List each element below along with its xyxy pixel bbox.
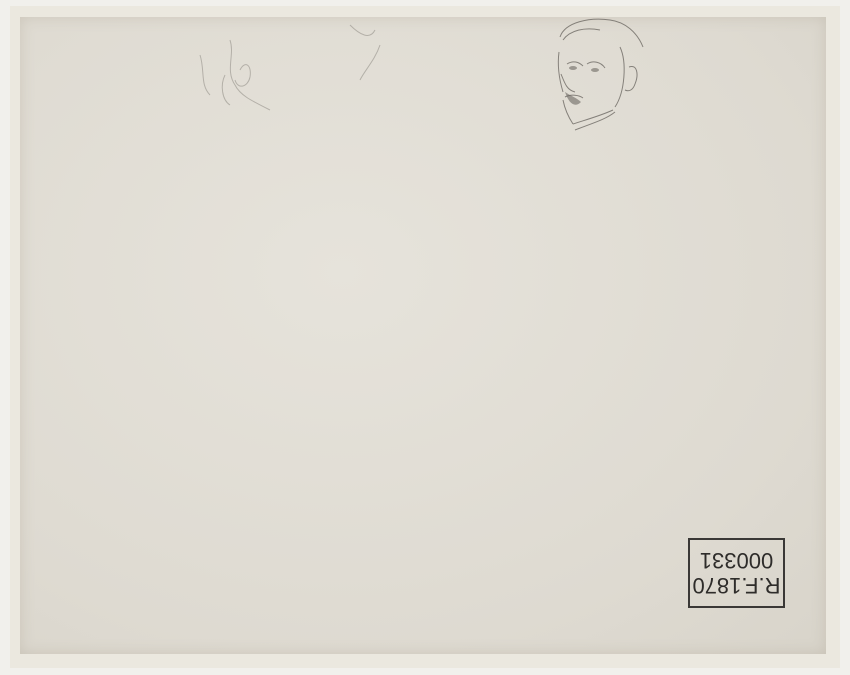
faint-figure-sketch: [180, 15, 410, 125]
stamp-line-2: 000331: [700, 548, 773, 573]
portrait-head-sketch: [545, 12, 655, 137]
stamp-line-1: R.F.1870: [692, 573, 780, 598]
collection-stamp: R.F.1870 000331: [688, 538, 785, 608]
